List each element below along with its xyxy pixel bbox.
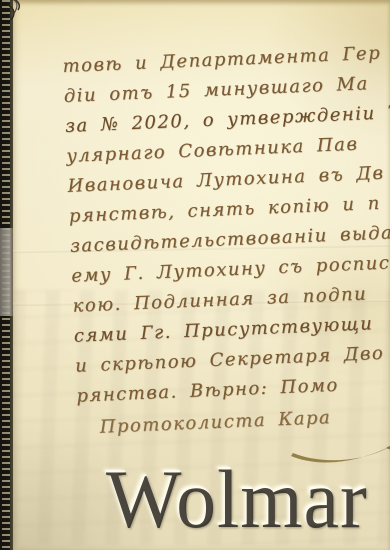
handwritten-text: товѣ и Департамента Гер діи отъ 15 минув…	[62, 30, 390, 443]
manuscript-page: товѣ и Департамента Гер діи отъ 15 минув…	[10, 0, 390, 550]
thread-frays-icon	[8, 0, 38, 24]
binding-edge	[0, 0, 13, 550]
wolmar-watermark: Wolmar	[106, 459, 368, 541]
binding-weave	[0, 228, 13, 316]
document-photo: товѣ и Департамента Гер діи отъ 15 минув…	[0, 0, 390, 550]
